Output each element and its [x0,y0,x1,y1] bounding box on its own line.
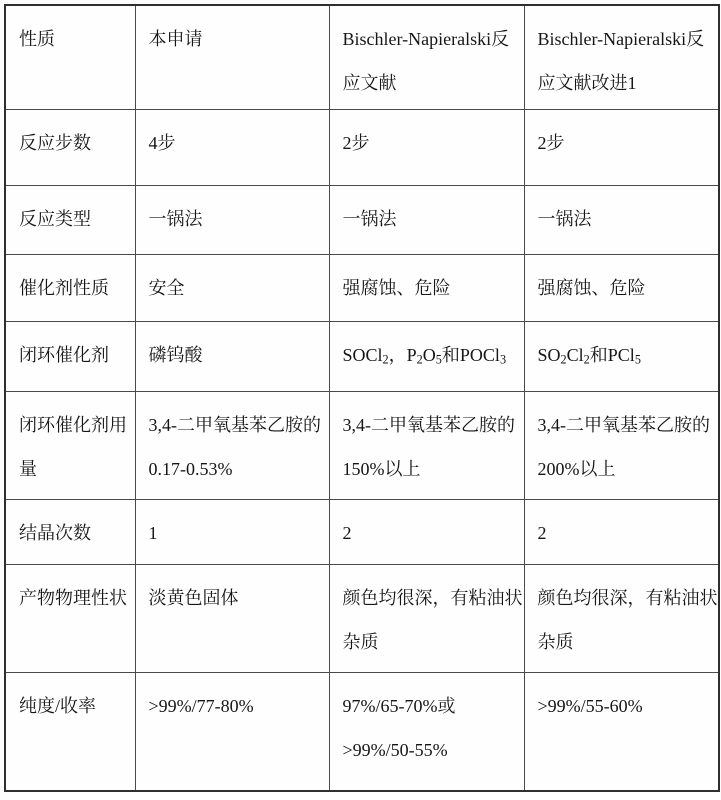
data-cell: 97%/65-70%或 >99%/50-55% [329,672,524,791]
cell-line: 强腐蚀、危险 [343,266,522,310]
cell-line: >99%/50-55% [343,728,522,772]
row-label: 产物物理性状 [5,564,135,672]
cell-line: 杂质 [538,620,717,664]
cell-line: SOCl2，P2O5和POCl3 [343,333,522,377]
row-crystallization-times: 结晶次数 1 2 2 [5,499,719,564]
row-purity-yield: 纯度/收率 >99%/77-80% 97%/65-70%或 >99%/50-55… [5,672,719,791]
cell-line: >99%/55-60% [538,684,717,728]
data-cell: SOCl2，P2O5和POCl3 [329,321,524,391]
cell-line: 量 [19,447,133,491]
data-cell: 淡黄色固体 [135,564,329,672]
cell-line: 杂质 [343,620,522,664]
cell-line: 颜色均很深，有粘油状 [538,576,717,620]
cell-line: 磷钨酸 [149,333,327,377]
cell-line: 淡黄色固体 [149,576,327,620]
document-page: 性质 本申请 Bischler-Napieralski反 应文献 Bischle… [0,0,721,800]
data-cell: SO2Cl2和PCl5 [524,321,719,391]
cell-line: 3,4-二甲氧基苯乙胺的 [149,403,327,447]
cell-line: 一锅法 [149,197,327,241]
cell-line: 200%以上 [538,447,717,491]
cell-line: 0.17-0.53% [149,447,327,491]
data-cell: 强腐蚀、危险 [524,254,719,321]
data-cell: 强腐蚀、危险 [329,254,524,321]
cell-line: Bischler-Napieralski反 [343,17,522,61]
cell-line: 催化剂性质 [19,266,133,310]
data-cell: 安全 [135,254,329,321]
cell-line: 2步 [538,121,717,165]
row-catalyst-amount: 闭环催化剂用 量 3,4-二甲氧基苯乙胺的 0.17-0.53% 3,4-二甲氧… [5,391,719,499]
header-cell-property: 性质 [5,5,135,109]
cell-line: 3,4-二甲氧基苯乙胺的 [538,403,717,447]
data-cell: 3,4-二甲氧基苯乙胺的 200%以上 [524,391,719,499]
data-cell: 颜色均很深，有粘油状 杂质 [524,564,719,672]
cell-line: 2 [343,511,522,555]
cell-line: 安全 [149,266,327,310]
row-label: 催化剂性质 [5,254,135,321]
data-cell: 2步 [524,109,719,185]
cell-line: 性质 [19,17,133,61]
data-cell: 颜色均很深，有粘油状 杂质 [329,564,524,672]
cell-line: 1 [149,511,327,555]
data-cell: 2步 [329,109,524,185]
row-catalyst-nature: 催化剂性质 安全 强腐蚀、危险 强腐蚀、危险 [5,254,719,321]
cell-line: 应文献 [343,61,522,105]
row-reaction-steps: 反应步数 4步 2步 2步 [5,109,719,185]
data-cell: 一锅法 [135,185,329,254]
cell-line: Bischler-Napieralski反 [538,17,717,61]
cell-line: 强腐蚀、危险 [538,266,717,310]
row-product-appearance: 产物物理性状 淡黄色固体 颜色均很深，有粘油状 杂质 颜色均很深，有粘油状 杂质 [5,564,719,672]
data-cell: >99%/77-80% [135,672,329,791]
cell-line: 一锅法 [538,197,717,241]
data-cell: 3,4-二甲氧基苯乙胺的 0.17-0.53% [135,391,329,499]
cell-line: 本申请 [149,17,327,61]
data-cell: 一锅法 [524,185,719,254]
data-cell: >99%/55-60% [524,672,719,791]
cell-line: 2 [538,511,717,555]
row-ring-closure-catalyst: 闭环催化剂 磷钨酸 SOCl2，P2O5和POCl3 SO2Cl2和PCl5 [5,321,719,391]
data-cell: 1 [135,499,329,564]
cell-line: 产物物理性状 [19,576,133,620]
cell-line: 颜色均很深，有粘油状 [343,576,522,620]
cell-line: 97%/65-70%或 [343,684,522,728]
cell-line: 2步 [343,121,522,165]
row-label: 反应步数 [5,109,135,185]
header-cell-bn-literature-improved-1: Bischler-Napieralski反 应文献改进1 [524,5,719,109]
data-cell: 2 [329,499,524,564]
header-cell-this-application: 本申请 [135,5,329,109]
cell-line: >99%/77-80% [149,684,327,728]
row-label: 结晶次数 [5,499,135,564]
row-reaction-type: 反应类型 一锅法 一锅法 一锅法 [5,185,719,254]
cell-line: 结晶次数 [19,511,133,555]
cell-line: 一锅法 [343,197,522,241]
cell-line: 3,4-二甲氧基苯乙胺的 [343,403,522,447]
row-label: 反应类型 [5,185,135,254]
header-cell-bn-literature: Bischler-Napieralski反 应文献 [329,5,524,109]
data-cell: 一锅法 [329,185,524,254]
cell-line: SO2Cl2和PCl5 [538,333,717,377]
cell-line: 纯度/收率 [19,684,133,728]
table-header-row: 性质 本申请 Bischler-Napieralski反 应文献 Bischle… [5,5,719,109]
cell-line: 应文献改进1 [538,61,717,105]
cell-line: 闭环催化剂 [19,333,133,377]
cell-line: 反应类型 [19,197,133,241]
data-cell: 磷钨酸 [135,321,329,391]
cell-line: 反应步数 [19,121,133,165]
data-cell: 2 [524,499,719,564]
row-label: 闭环催化剂用 量 [5,391,135,499]
comparison-table: 性质 本申请 Bischler-Napieralski反 应文献 Bischle… [4,4,720,792]
cell-line: 闭环催化剂用 [19,403,133,447]
data-cell: 4步 [135,109,329,185]
row-label: 闭环催化剂 [5,321,135,391]
row-label: 纯度/收率 [5,672,135,791]
cell-line: 150%以上 [343,447,522,491]
cell-line: 4步 [149,121,327,165]
data-cell: 3,4-二甲氧基苯乙胺的 150%以上 [329,391,524,499]
